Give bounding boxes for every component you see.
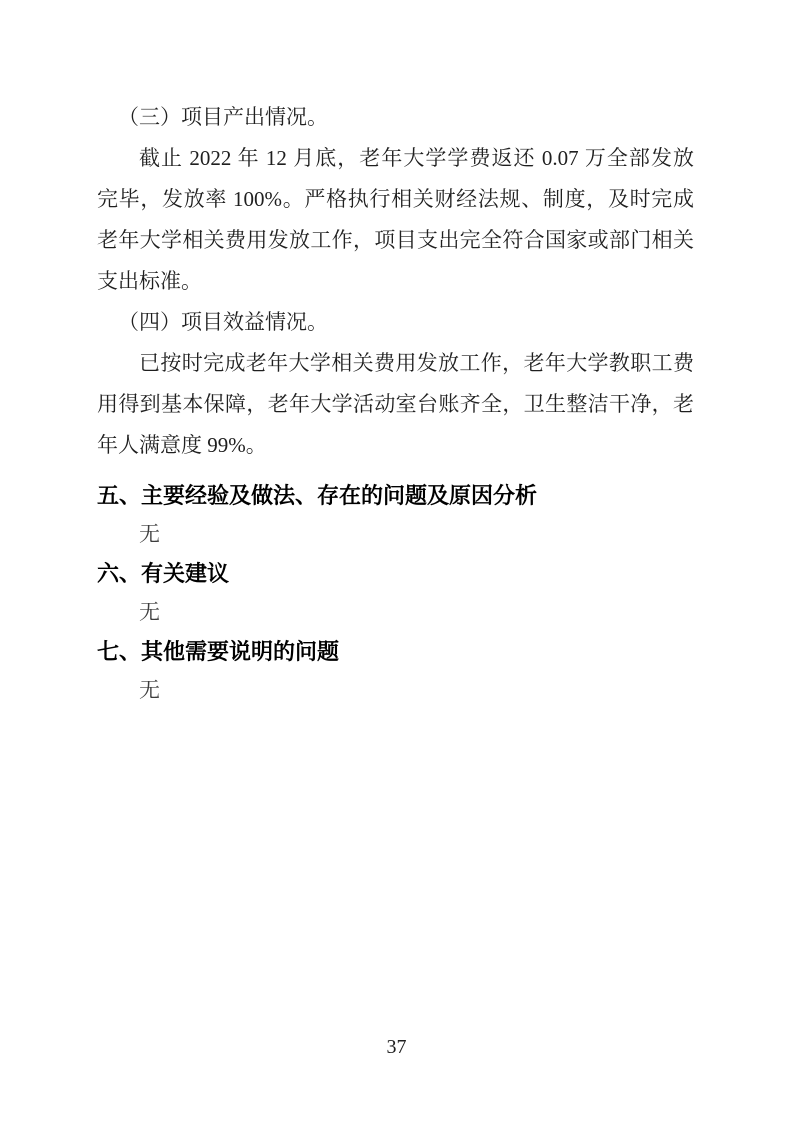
paragraph-line: 年人满意度 99%。	[97, 425, 694, 466]
numbered-heading-six: 六、有关建议	[97, 554, 694, 593]
answer-none: 无	[97, 515, 694, 554]
paragraph-line: 老年大学相关费用发放工作，项目支出完全符合国家或部门相关	[97, 220, 694, 261]
paragraph-line: 用得到基本保障，老年大学活动室台账齐全，卫生整洁干净，老	[97, 384, 694, 425]
answer-none: 无	[97, 593, 694, 632]
answer-none: 无	[97, 671, 694, 710]
numbered-heading-seven: 七、其他需要说明的问题	[97, 632, 694, 671]
section-heading-item4: （四）项目效益情况。	[97, 302, 694, 343]
numbered-heading-five: 五、主要经验及做法、存在的问题及原因分析	[97, 476, 694, 515]
paragraph-line: 已按时完成老年大学相关费用发放工作，老年大学教职工费	[97, 343, 694, 384]
document-page: （三）项目产出情况。 截止 2022 年 12 月底，老年大学学费返还 0.07…	[0, 0, 793, 1122]
page-number: 37	[0, 1033, 793, 1061]
section-heading-item3: （三）项目产出情况。	[97, 97, 694, 138]
document-body: （三）项目产出情况。 截止 2022 年 12 月底，老年大学学费返还 0.07…	[97, 97, 694, 710]
paragraph-line: 截止 2022 年 12 月底，老年大学学费返还 0.07 万全部发放	[97, 138, 694, 179]
paragraph-line: 支出标准。	[97, 261, 694, 302]
paragraph-line: 完毕，发放率 100%。严格执行相关财经法规、制度，及时完成	[97, 179, 694, 220]
